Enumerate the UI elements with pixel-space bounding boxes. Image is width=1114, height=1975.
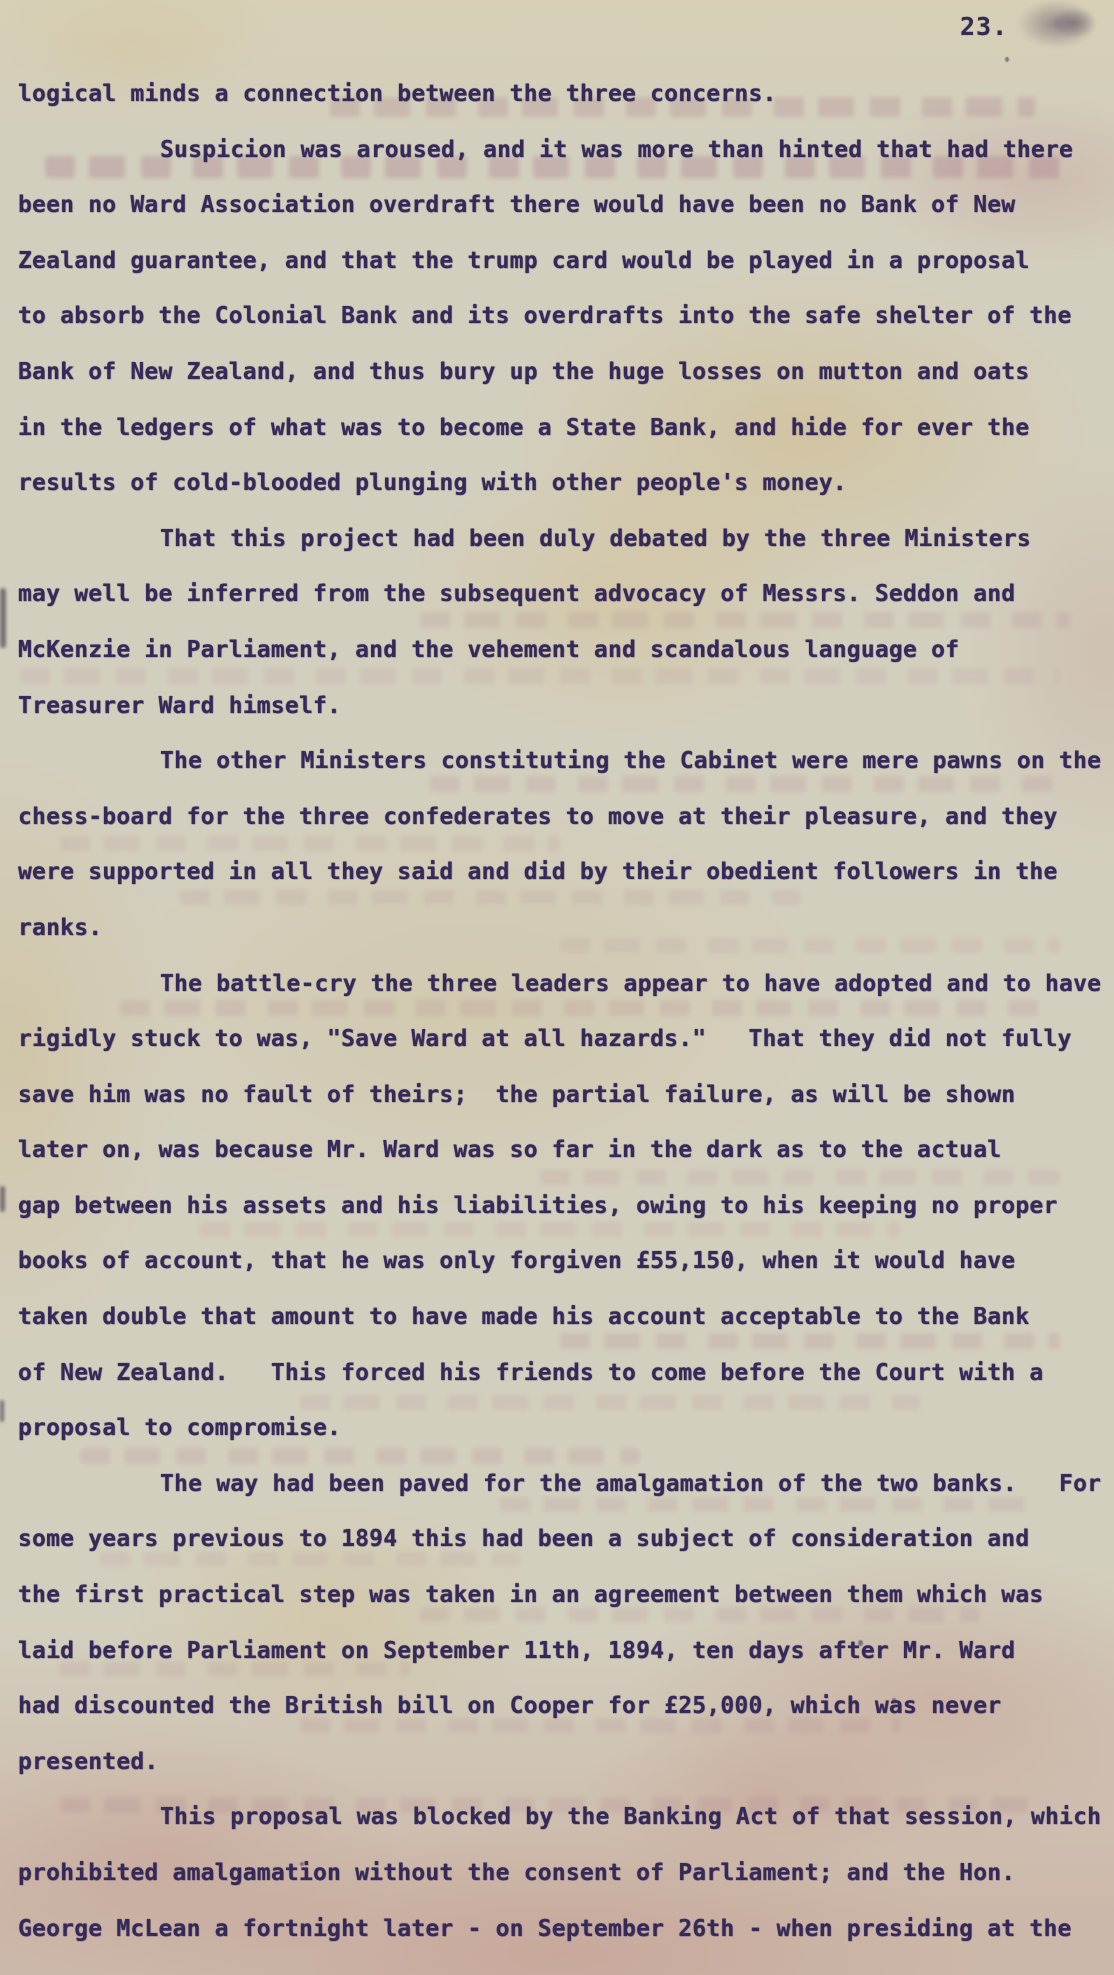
text-line: Bank of New Zealand, and thus bury up th… [18,345,1106,401]
text-line: laid before Parliament on September 11th… [18,1624,1106,1680]
text-line: were supported in all they said and did … [18,845,1106,901]
text-line: of New Zealand. This forced his friends … [18,1346,1106,1402]
text-line: presented. [18,1735,1106,1791]
text-line: been no Ward Association overdraft there… [18,178,1106,234]
text-line: results of cold-blooded plunging with ot… [18,456,1106,512]
text-line: The battle-cry the three leaders appear … [18,957,1106,1013]
text-line: may well be inferred from the subsequent… [18,567,1106,623]
text-line: Suspicion was aroused, and it was more t… [18,123,1106,179]
text-line: prohibited amalgamation without the cons… [18,1846,1106,1902]
document-body: logical minds a connection between the t… [18,67,1106,1957]
text-line: rigidly stuck to was, "Save Ward at all … [18,1012,1106,1068]
text-line: chess-board for the three confederates t… [18,790,1106,846]
text-line: The other Ministers constituting the Cab… [18,734,1106,790]
edge-ink-mark [0,1400,4,1422]
text-line: later on, was because Mr. Ward was so fa… [18,1123,1106,1179]
ink-dot [1005,57,1009,62]
text-line: logical minds a connection between the t… [18,67,1106,123]
document-page: 23. logical minds a connection between t… [0,0,1114,1975]
edge-ink-mark [0,1186,5,1212]
text-line: proposal to compromise. [18,1401,1106,1457]
text-line: in the ledgers of what was to become a S… [18,401,1106,457]
text-line: The way had been paved for the amalgamat… [18,1457,1106,1513]
text-line: some years previous to 1894 this had bee… [18,1512,1106,1568]
text-line: the first practical step was taken in an… [18,1568,1106,1624]
edge-ink-mark [0,588,6,648]
text-line: ranks. [18,901,1106,957]
text-line: to absorb the Colonial Bank and its over… [18,289,1106,345]
text-line: That this project had been duly debated … [18,512,1106,568]
text-line: Zealand guarantee, and that the trump ca… [18,234,1106,290]
page-number: 23. [960,12,1008,41]
text-line: taken double that amount to have made hi… [18,1290,1106,1346]
text-line: had discounted the British bill on Coope… [18,1679,1106,1735]
text-line: George McLean a fortnight later - on Sep… [18,1902,1106,1958]
text-line: Treasurer Ward himself. [18,679,1106,735]
text-line: save him was no fault of theirs; the par… [18,1068,1106,1124]
text-line: books of account, that he was only forgi… [18,1234,1106,1290]
ink-smudge [1052,8,1096,38]
text-line: This proposal was blocked by the Banking… [18,1790,1106,1846]
text-line: gap between his assets and his liabiliti… [18,1179,1106,1235]
text-line: McKenzie in Parliament, and the vehement… [18,623,1106,679]
